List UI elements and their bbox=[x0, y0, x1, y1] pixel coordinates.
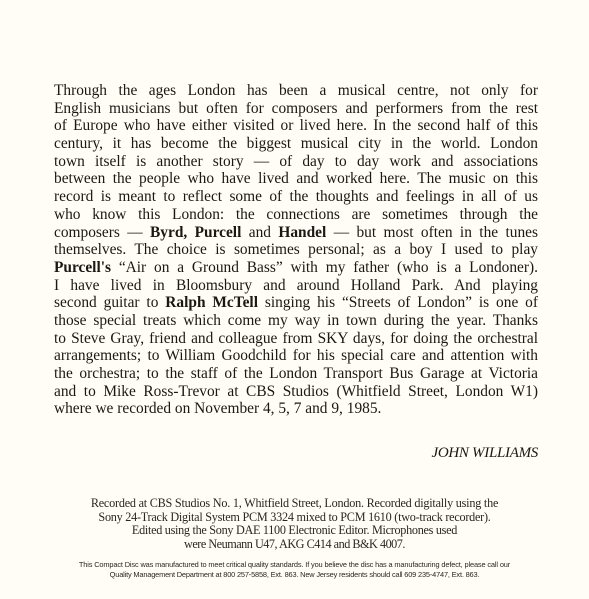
body-line: who know this London: the connections ar… bbox=[54, 206, 538, 224]
disclaimer-line: This Compact Disc was manufactured to me… bbox=[0, 560, 589, 570]
body-line: record is meant to reflect some of the t… bbox=[54, 188, 538, 206]
liner-notes-body: Through the ages London has been a music… bbox=[54, 82, 538, 418]
body-line: where we recorded on November 4, 5, 7 an… bbox=[54, 400, 538, 418]
credits-line: Sony 24-Track Digital System PCM 3324 mi… bbox=[0, 511, 589, 525]
credits-line: Recorded at CBS Studios No. 1, Whitfield… bbox=[0, 497, 589, 511]
body-line: themselves. The choice is sometimes pers… bbox=[54, 241, 538, 259]
body-line: English musicians but often for composer… bbox=[54, 100, 538, 118]
body-line: town itself is another story — of day to… bbox=[54, 153, 538, 171]
body-line: the orchestra; to the staff of the Londo… bbox=[54, 365, 538, 383]
composer-name-purcell: Purcell's bbox=[54, 259, 111, 276]
body-line: composers — Byrd, Purcell and Handel — b… bbox=[54, 224, 538, 242]
credits-line: Edited using the Sony DAE 1100 Electroni… bbox=[0, 524, 589, 538]
manufacturing-disclaimer: This Compact Disc was manufactured to me… bbox=[0, 560, 589, 580]
author-signature: JOHN WILLIAMS bbox=[431, 445, 538, 462]
body-line: between the people who have lived and wo… bbox=[54, 170, 538, 188]
composer-names: Byrd, Purcell bbox=[150, 224, 241, 241]
body-line: Through the ages London has been a music… bbox=[54, 82, 538, 100]
body-line: second guitar to Ralph McTell singing hi… bbox=[54, 294, 538, 312]
body-line: arrangements; to William Goodchild for h… bbox=[54, 347, 538, 365]
body-line: I have lived in Bloomsbury and around Ho… bbox=[54, 277, 538, 295]
body-line: Purcell's “Air on a Ground Bass” with my… bbox=[54, 259, 538, 277]
liner-notes-page: Through the ages London has been a music… bbox=[0, 0, 589, 599]
credits-line: were Neumann U47, AKG C414 and B&K 4007. bbox=[0, 538, 589, 552]
body-line: those special treats which come my way i… bbox=[54, 312, 538, 330]
body-line: and to Mike Ross-Trevor at CBS Studios (… bbox=[54, 383, 538, 401]
body-line: to Steve Gray, friend and colleague from… bbox=[54, 330, 538, 348]
body-line: century, it has become the biggest music… bbox=[54, 135, 538, 153]
recording-credits: Recorded at CBS Studios No. 1, Whitfield… bbox=[0, 497, 589, 551]
disclaimer-line: Quality Management Department at 800 257… bbox=[0, 570, 589, 580]
composer-name-handel: Handel bbox=[278, 224, 326, 241]
body-line: of Europe who have either visited or liv… bbox=[54, 117, 538, 135]
artist-name-ralph-mctell: Ralph McTell bbox=[165, 294, 258, 311]
